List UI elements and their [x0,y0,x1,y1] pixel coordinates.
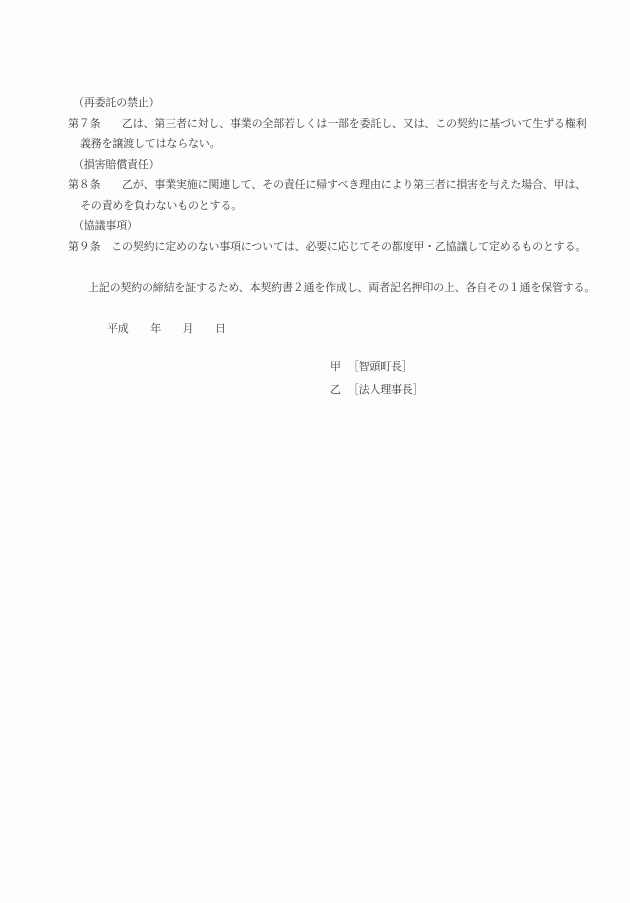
article-8-line-1: 第８条 乙が、事業実施に関連して、その責任に帰すべき理由により第三者に損害を与え… [68,175,610,196]
signature-block: 甲［智頭町長］ 乙［法人理事長］ [68,356,610,402]
signature-party-kou: 甲 [330,361,341,373]
article-7-line-1: 第７条 乙は、第三者に対し、事業の全部若しくは一部を委託し、又は、この契約に基づ… [68,114,610,135]
date-line: 平成 年 月 日 [68,319,610,340]
article-8-heading: （損害賠償責任） [68,155,610,176]
article-7-line-2: 義務を譲渡してはならない。 [68,134,610,155]
signature-party-otsu: 乙 [330,384,341,396]
signature-title-otsu: ［法人理事長］ [348,384,424,396]
article-9-heading: （協議事項） [68,216,610,237]
contract-document-page: （再委託の禁止） 第７条 乙は、第三者に対し、事業の全部若しくは一部を委託し、又… [0,0,630,903]
signature-row-otsu: 乙［法人理事長］ [68,379,610,402]
article-7-section: （再委託の禁止） 第７条 乙は、第三者に対し、事業の全部若しくは一部を委託し、又… [68,93,610,155]
article-8-section: （損害賠償責任） 第８条 乙が、事業実施に関連して、その責任に帰すべき理由により… [68,155,610,217]
article-7-heading: （再委託の禁止） [68,93,610,114]
document-content: （再委託の禁止） 第７条 乙は、第三者に対し、事業の全部若しくは一部を委託し、又… [68,93,610,402]
article-9-line-1: 第９条 この契約に定めのない事項については、必要に応じてその都度甲・乙協議して定… [68,237,610,258]
signature-row-kou: 甲［智頭町長］ [68,356,610,379]
signature-title-kou: ［智頭町長］ [348,361,413,373]
closing-sentence: 上記の契約の締結を証するため、本契約書２通を作成し、両者記名押印の上、各自その１… [68,278,610,299]
article-9-section: （協議事項） 第９条 この契約に定めのない事項については、必要に応じてその都度甲… [68,216,610,257]
article-8-line-2: その責めを負わないものとする。 [68,196,610,217]
